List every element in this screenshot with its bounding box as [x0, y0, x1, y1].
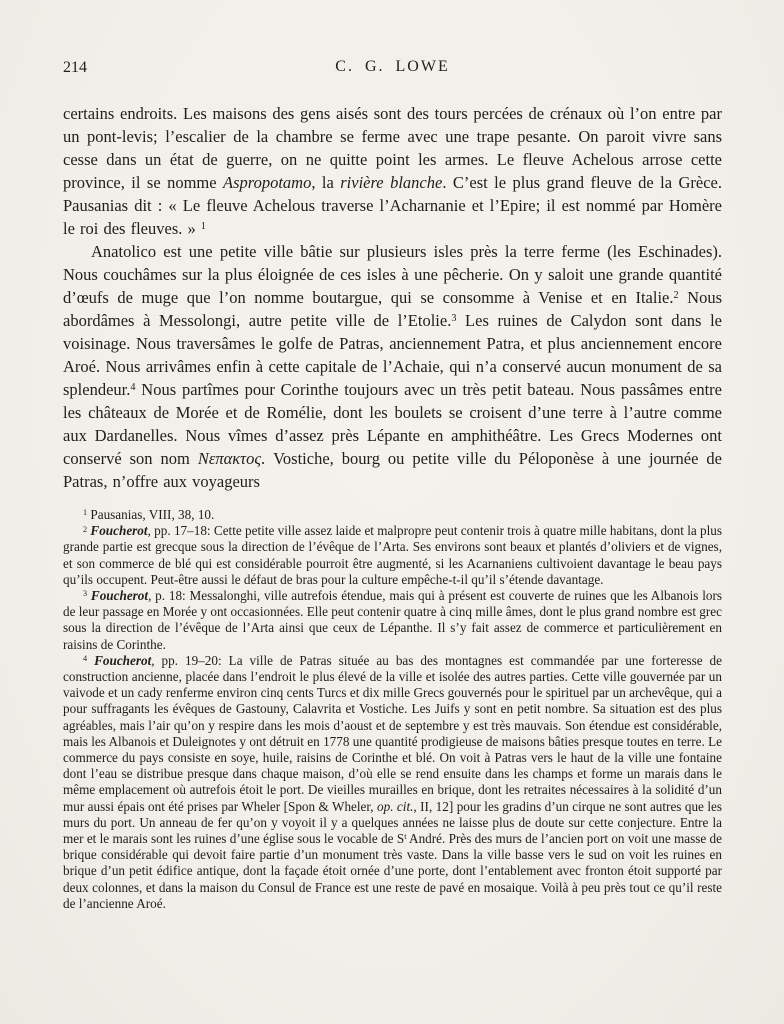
- footnote: 2 Foucherot, pp. 17–18: Cette petite vil…: [63, 523, 722, 588]
- footnote-ref: 4: [130, 382, 135, 393]
- paragraph: Anatolico est une petite ville bâtie sur…: [63, 240, 722, 493]
- text-run: Νεπακτος: [198, 449, 261, 468]
- footnote: 4 Foucherot, pp. 19–20: La ville de Patr…: [63, 653, 722, 912]
- text-run: Foucherot: [91, 588, 148, 603]
- text-run: rivière blanche: [340, 173, 442, 192]
- text-run: Aspropotamo: [223, 173, 311, 192]
- text-run: Pausanias, VIII, 38, 10.: [90, 507, 214, 522]
- text-run: , la: [311, 173, 340, 192]
- text-run: Foucherot: [94, 653, 151, 668]
- footnote: 3 Foucherot, p. 18: Messalonghi, ville a…: [63, 588, 722, 653]
- footnote-marker: 3: [83, 589, 87, 598]
- running-header-title: C. G. LOWE: [63, 58, 722, 76]
- text-run: Foucherot: [90, 523, 147, 538]
- text-run: , pp. 17–18: Cette petite ville assez la…: [63, 523, 722, 587]
- text-run: , pp. 19–20: La ville de Patras située a…: [63, 653, 722, 814]
- footnote: 1 Pausanias, VIII, 38, 10.: [63, 507, 722, 523]
- book-page: 214 C. G. LOWE certains endroits. Les ma…: [0, 0, 784, 1024]
- footnote-marker: 1: [83, 508, 87, 517]
- footnote-ref: 2: [673, 290, 678, 301]
- footnote-marker: 4: [83, 654, 87, 663]
- text-run: , p. 18: Messalonghi, ville autrefois ét…: [63, 588, 722, 652]
- footnotes: 1 Pausanias, VIII, 38, 10.2 Foucherot, p…: [63, 507, 722, 912]
- footnote-marker: 2: [83, 525, 87, 534]
- footnote-ref: 1: [201, 221, 206, 232]
- body-text: certains endroits. Les maisons des gens …: [63, 102, 722, 493]
- footnote-ref: 3: [451, 313, 456, 324]
- text-run: op. cit.: [377, 799, 413, 814]
- page-header: 214 C. G. LOWE: [63, 58, 722, 80]
- text-run: Anatolico est une petite ville bâtie sur…: [63, 242, 722, 307]
- paragraph: certains endroits. Les maisons des gens …: [63, 102, 722, 240]
